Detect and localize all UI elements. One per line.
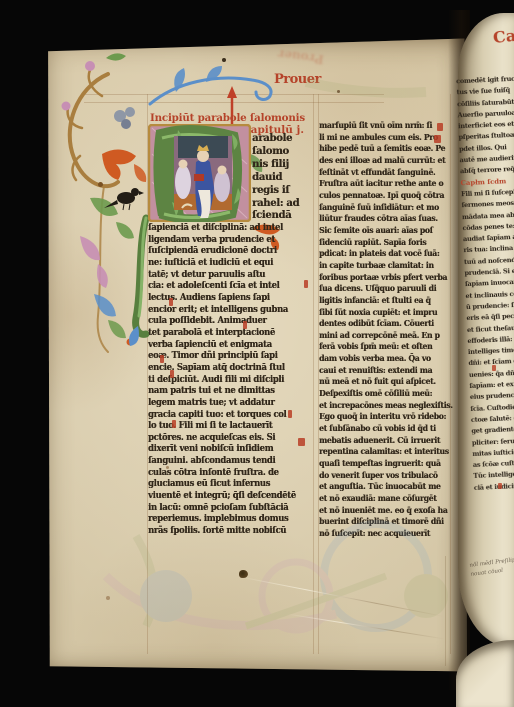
green-leaf (106, 53, 126, 60)
rubrication-mark (434, 135, 441, 143)
grey-flower (114, 107, 135, 129)
ink-speck (222, 58, 226, 62)
opening-lines-column: araboleſalomonis filijdauidregis iſrahel… (252, 132, 299, 222)
text-column-right: marſupiū ſit vnū oīm nrm̄: ſili mi ne am… (319, 120, 453, 540)
text-line: nrãs ſpoliis. ſortē mitte nobiſcū (148, 526, 296, 538)
text-column-left: ſapienciā et diſciplinā: ad intelligenda… (148, 223, 296, 538)
text-line: nū meā et nō fuit qui aſpicet. (319, 376, 453, 388)
text-line: quaſi tempeſtas ingruerit: quā (319, 458, 453, 470)
text-line: et nō exaudiā: mane cōſurgēt (319, 493, 453, 505)
facing-page-edge: Ca comedēt igit fructus vie ſue ſuiſq̄cō… (458, 13, 514, 647)
initial-tail-highlight (139, 218, 146, 316)
text-line: ſua dicens. Uſq̄quo paruuli di (319, 283, 453, 295)
text-line: arabole (252, 132, 299, 145)
orange-acanthus (134, 164, 146, 182)
text-line: viuentē et integrū; q̄ſi deſcendētē (148, 491, 296, 503)
border-stem-branches (68, 70, 102, 180)
solomon-miniature (148, 124, 251, 222)
ruling-line (84, 94, 384, 95)
text-line: gluciamus eū ſicut infernus (148, 479, 296, 491)
pink-flourish (80, 236, 108, 288)
text-line: hibe pedē tuū a ſemitis eoæ. Pe (319, 143, 453, 155)
bird-icon (104, 188, 144, 210)
illuminated-initial-P: P (148, 124, 251, 222)
text-line: ſapienciā et diſciplinā: ad intel (148, 223, 296, 235)
facing-heading-fragment: Ca (492, 26, 514, 47)
text-line: ſibi ſūt noxia cupiēt: et impru (319, 307, 453, 319)
text-line: ferā vobis ſpm̄ meū: et oſten (319, 341, 453, 353)
text-line: lo tuo. Fili mi ſi te lactauerīt (148, 421, 296, 433)
text-line: ſanguini. abſcondamus tendi (148, 456, 296, 468)
rubrication-mark (304, 280, 308, 288)
fold-line (445, 556, 446, 666)
text-line: des eni illoæ ad malū currūt: et (319, 155, 453, 167)
text-line: et nō inueniēt me. eo q̄ exoſa ha (319, 505, 453, 517)
text-line: et anguſtia. Tūc inuocabūt me (319, 481, 453, 493)
text-line: Fruſtra aūt iacitur rethe ante o (319, 178, 453, 190)
text-line: pctōres. ne acquieſcas eis. Si (148, 433, 296, 445)
incipit-rubric: Incipiūt parabole ſalomonis (150, 112, 344, 124)
text-line: mebatis aduenerit. Cū irruerit (319, 435, 453, 447)
text-line: culos pennatoæ. Ipī quoq̄ cōtra (319, 190, 453, 202)
facing-text-block-b: Fili mi ſi ſuſcepisſermones meos: etmāda… (461, 187, 514, 494)
text-line: Ego quoq̄ in interitu vrō ridebo: (319, 411, 453, 423)
wormhole-spot (98, 182, 103, 187)
text-line: cula poſſidebit. Animaduer (148, 316, 296, 328)
facing-page-text: comedēt igit fructus vie ſue ſuiſq̄cōſil… (456, 74, 514, 494)
text-line: encior erit; et intelligens gubna (148, 305, 296, 317)
text-line: eoæ. Timor dñi principiū ſapi (148, 351, 296, 363)
text-line: nam patris tui et ne dimittas (148, 386, 296, 398)
text-line: dixerīt veni nobiſcū inſidiem (148, 444, 296, 456)
text-line: ſuſcipiendā erudicionē doctri (148, 246, 296, 258)
cursive-annotation: nõl mēdl Preſilipnouat cōuol (469, 556, 514, 579)
rubrication-mark (498, 483, 502, 489)
initial-tail (136, 218, 146, 334)
text-line: repentina calamitas: et interitus (319, 446, 453, 458)
ruling-line (313, 94, 314, 654)
border-stem-lower (98, 186, 108, 352)
running-header: Prouer (274, 72, 354, 87)
text-line: ligendam verba prudencie et (148, 235, 296, 247)
rubrication-mark (172, 420, 176, 428)
book-icon (194, 174, 204, 181)
text-line: et ſubſānabo cū vobis id q̄d ti (319, 423, 453, 435)
text-line: ciā et iudiciū (474, 480, 514, 494)
parchment-crease (287, 613, 445, 639)
green-sprig (108, 320, 126, 338)
stain-spot (166, 466, 169, 469)
stain-spot (106, 596, 110, 600)
ink-speck (337, 90, 340, 93)
pink-bud (62, 102, 71, 111)
text-line: feſtināt vt effundāt ſanguinē. (319, 167, 453, 179)
text-line: tatē; vt detur paruulis aſtu (148, 270, 296, 282)
green-curl (90, 198, 134, 239)
rubrication-mark (288, 410, 292, 418)
text-line: caui et renuiſtis: extendi ma (319, 365, 453, 377)
text-line: in capite turbaæ clamitat: in (319, 260, 453, 272)
text-line: pdicat: in plateis dat vocē ſuā: (319, 248, 453, 260)
text-line: do venerit ſuper vos tribulacō (319, 470, 453, 482)
text-line: dauid (252, 171, 299, 184)
pink-bud (85, 61, 95, 71)
rubrication-mark (437, 123, 443, 131)
text-line: foribus portaæ vrbis pfert verba (319, 272, 453, 284)
border-stem (70, 74, 118, 186)
text-line: ſalomo (252, 145, 299, 158)
text-line: mini ad correpcōnē meā. En p (319, 330, 453, 342)
text-line: gracia capiti tuo: et torques col (148, 410, 296, 422)
rubrication-mark (160, 355, 164, 363)
ruling-line (84, 102, 384, 103)
text-line: ſidenciū rapiūt. Sapīa foris (319, 237, 453, 249)
text-line: buerint diſciplinā et timorē dñi (319, 516, 453, 528)
text-line: dentes odibūt ſcīam. Cōuerti (319, 318, 453, 330)
show-through-header: Prouer (249, 44, 324, 67)
text-line: ſciendā (252, 209, 299, 222)
text-line: nō ſuſcepīt: nec acquieuerīt (319, 528, 453, 540)
rubrication-mark (169, 298, 173, 306)
blue-acanthus-leaf (174, 66, 222, 92)
text-line: verba ſapienciū et enigmata (148, 340, 296, 352)
rubrication-mark (298, 438, 305, 446)
orange-acanthus (102, 149, 136, 180)
photo-backdrop: Prouer Prouer (0, 0, 514, 707)
facing-text-block-a: comedēt igit fructus vie ſue ſuiſq̄cōſil… (456, 74, 512, 178)
rubrication-mark (170, 370, 174, 378)
red-tip (127, 339, 134, 346)
rubrication-mark (243, 321, 247, 329)
text-line: ne: iuſticiā et iudiciū et equi (148, 258, 296, 270)
text-line: nis filij (252, 158, 299, 171)
text-line: liūtur fraudes cōtra aīas ſuas. (319, 213, 453, 225)
text-line: Deſpexiſtis omē cōſiliū meū: (319, 388, 453, 400)
text-line: marſupiū ſit vnū oīm nrm̄: ſi (319, 120, 453, 132)
text-line: tet parabolā et interptacionē (148, 328, 296, 340)
text-line: ſanguinē ſuū inſidiātur: et mo (319, 202, 453, 214)
text-line: et increpacōnes meas neglexiſtis. (319, 400, 453, 412)
tail-finial (129, 326, 139, 346)
text-line: li mi ne ambules cum eis. Pro (319, 132, 453, 144)
text-line: Sic ſemite oīs auari: aīas poſ (319, 225, 453, 237)
parchment-crease (238, 576, 444, 617)
text-line: dam vobis verba mea. Q̄a vo (319, 353, 453, 365)
text-line: reperiemus. implebimus domus (148, 514, 296, 526)
text-line: in lacū: omnē pcioſam ſubſtāciā (148, 503, 296, 515)
text-line: regis iſ (252, 184, 299, 197)
blue-tendril (150, 78, 271, 104)
manuscript-page: Prouer Prouer (46, 36, 467, 672)
text-line: legem matris tue; vt addatur (148, 398, 296, 410)
text-line: culas cōtra inſontē fruſtra. de (148, 468, 296, 480)
text-line: cia: et adoleſcenti ſcīa et intel (148, 281, 296, 293)
blue-sprig (94, 294, 116, 317)
text-line: rahel: ad (252, 197, 299, 210)
rubrication-mark (492, 365, 496, 371)
text-line: ligitis infanciā: et ſtulti ea q̄ (319, 295, 453, 307)
